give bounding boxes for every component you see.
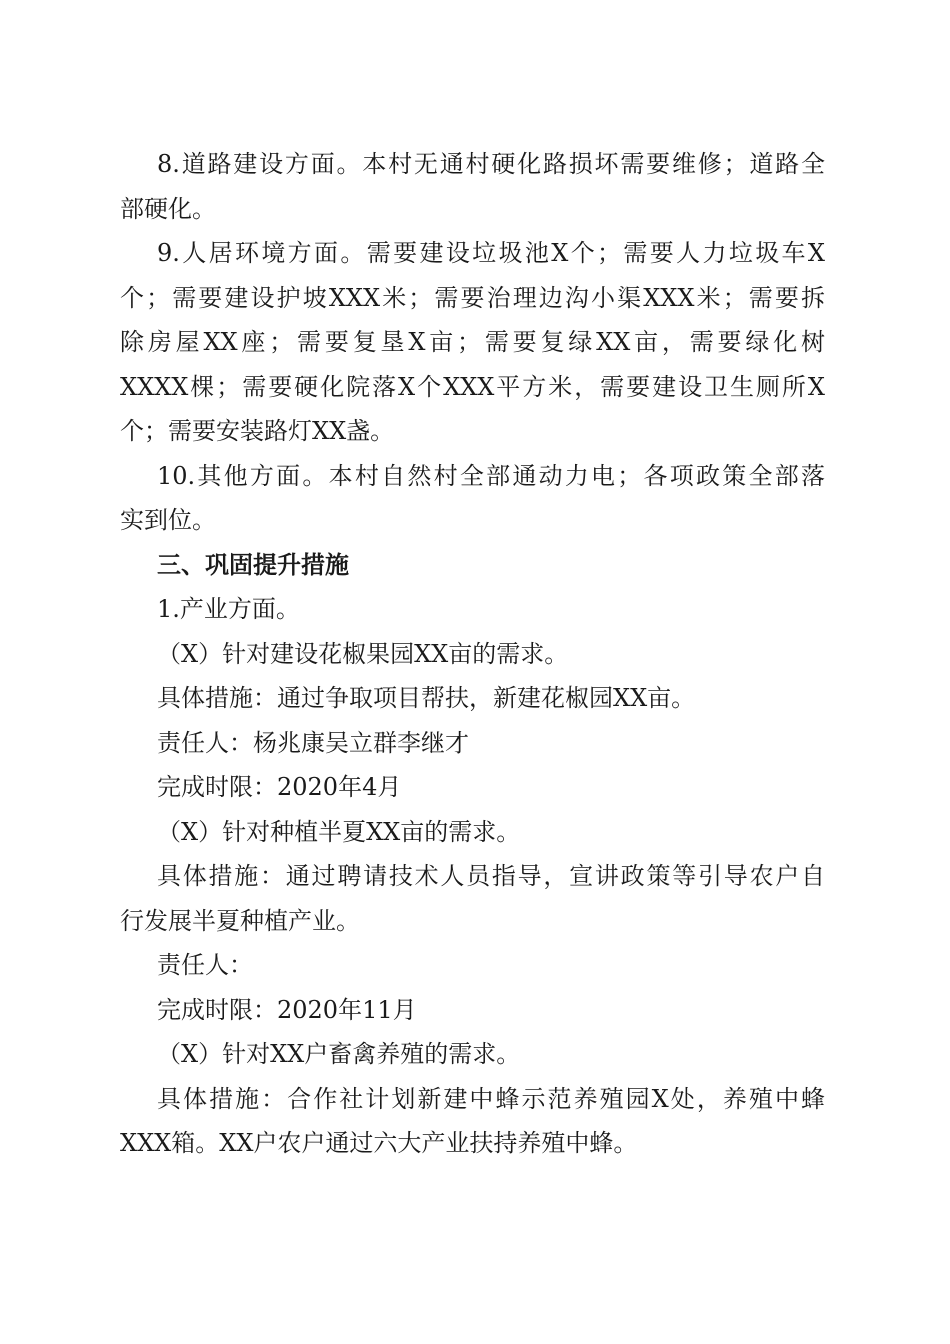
need-item-livestock: （X）针对XX户畜禽养殖的需求。	[120, 1032, 825, 1077]
paragraph-environment-line-2: 个；需要建设护坡XXX米；需要治理边沟小渠XXX米；需要拆	[120, 276, 825, 321]
section-heading-consolidation: 三、巩固提升措施	[120, 543, 825, 588]
measure-item-pepper-orchard: 具体措施：通过争取项目帮扶，新建花椒园XX亩。	[120, 676, 825, 721]
paragraph-other-line-1: 10.其他方面。本村自然村全部通动力电；各项政策全部落	[120, 454, 825, 499]
need-item-pinellia: （X）针对种植半夏XX亩的需求。	[120, 810, 825, 855]
deadline-pinellia: 完成时限：2020年11月	[120, 988, 825, 1033]
paragraph-road-line-1: 8.道路建设方面。本村无通村硬化路损坏需要维修；道路全	[120, 142, 825, 187]
measure-item-livestock-line-1: 具体措施：合作社计划新建中蜂示范养殖园X处，养殖中蜂	[120, 1077, 825, 1122]
document-page: 8.道路建设方面。本村无通村硬化路损坏需要维修；道路全 部硬化。 9.人居环境方…	[120, 142, 825, 1166]
paragraph-road-line-2: 部硬化。	[120, 187, 825, 232]
need-item-pepper-orchard: （X）针对建设花椒果园XX亩的需求。	[120, 632, 825, 677]
paragraph-environment-line-1: 9.人居环境方面。需要建设垃圾池X个；需要人力垃圾车X	[120, 231, 825, 276]
measure-item-pinellia-line-2: 行发展半夏种植产业。	[120, 899, 825, 944]
paragraph-environment-line-4: XXXX棵；需要硬化院落X个XXX平方米，需要建设卫生厕所X	[120, 365, 825, 410]
paragraph-environment-line-5: 个；需要安装路灯XX盏。	[120, 409, 825, 454]
responsible-person-pinellia: 责任人：	[120, 943, 825, 988]
deadline-pepper-orchard: 完成时限：2020年4月	[120, 765, 825, 810]
responsible-person-pepper-orchard: 责任人：杨兆康吴立群李继才	[120, 721, 825, 766]
measure-item-livestock-line-2: XXX箱。XX户农户通过六大产业扶持养殖中蜂。	[120, 1121, 825, 1166]
paragraph-environment-line-3: 除房屋XX座；需要复垦X亩；需要复绿XX亩，需要绿化树	[120, 320, 825, 365]
paragraph-other-line-2: 实到位。	[120, 498, 825, 543]
measure-item-pinellia-line-1: 具体措施：通过聘请技术人员指导，宣讲政策等引导农户自	[120, 854, 825, 899]
subsection-heading-industry: 1.产业方面。	[120, 587, 825, 632]
